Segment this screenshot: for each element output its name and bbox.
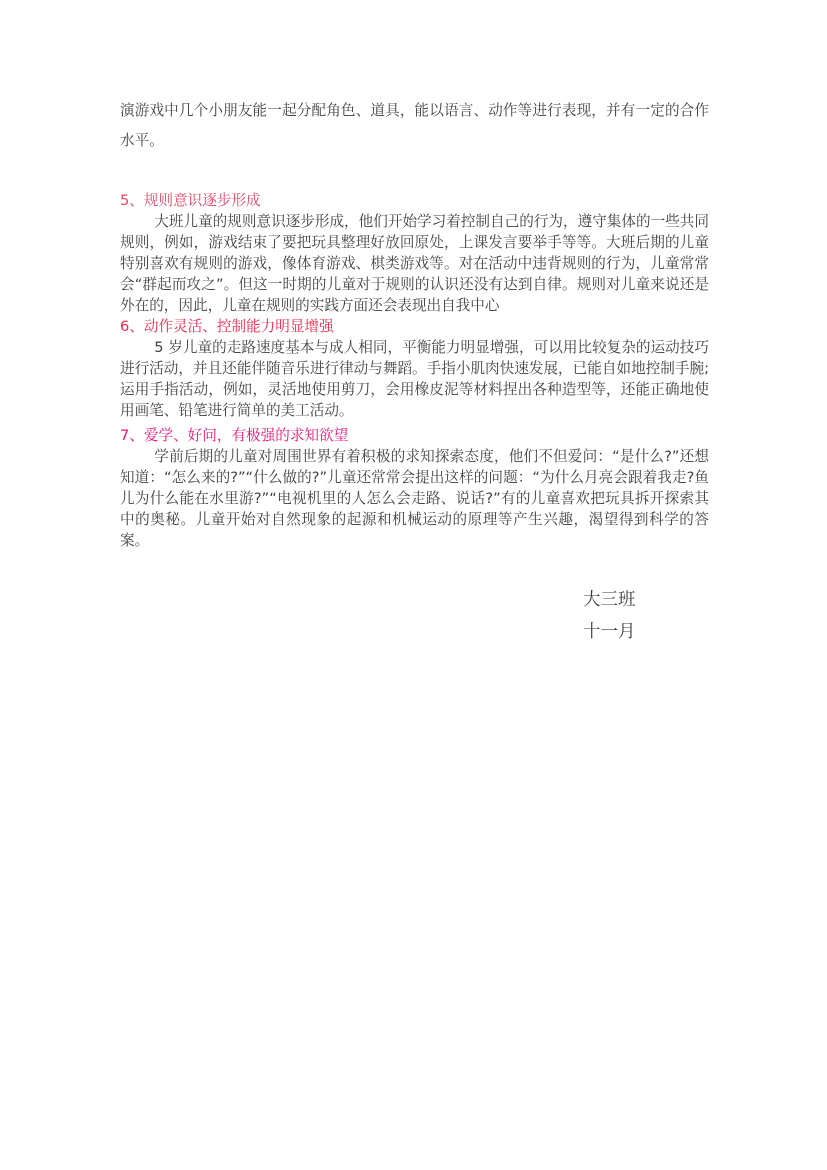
section-7-body: 学前后期的儿童对周围世界有着积极的求知探索态度，他们不但爱问：“是什么?”还想知… [120,446,709,551]
intro-paragraph: 演游戏中几个小朋友能一起分配角色、道具，能以语言、动作等进行表现，并有一定的合作… [120,96,709,156]
signature-class-name: 大三班 [583,584,709,616]
document-content: 演游戏中几个小朋友能一起分配角色、道具，能以语言、动作等进行表现，并有一定的合作… [120,96,709,648]
signature-block: 大三班 十一月 [120,584,709,648]
document-page: 演游戏中几个小朋友能一起分配角色、道具，能以语言、动作等进行表现，并有一定的合作… [0,0,827,1170]
section-5-heading: 5、规则意识逐步形成 [120,190,709,211]
section-6-heading: 6、动作灵活、控制能力明显增强 [120,316,709,337]
section-5-body: 大班儿童的规则意识逐步形成，他们开始学习着控制自己的行为，遵守集体的一些共同规则… [120,211,709,316]
section-6-body: 5 岁儿童的走路速度基本与成人相同，平衡能力明显增强，可以用比较复杂的运动技巧进… [120,337,709,421]
signature-month: 十一月 [583,616,709,648]
section-7-heading: 7、爱学、好问，有极强的求知欲望 [120,425,709,446]
